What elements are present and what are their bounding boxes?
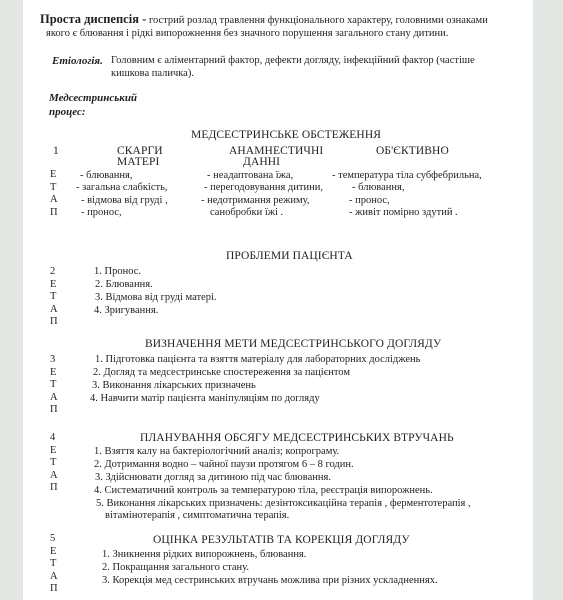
- objective-item: - живіт помірно здутий .: [349, 207, 458, 219]
- plan-item: 1. Взяття калу на бактеріологічний аналі…: [94, 446, 339, 458]
- anamnesis-item: - недотримання режиму,: [201, 195, 309, 207]
- problem-item: 4. Зригування.: [94, 305, 158, 317]
- problem-item: 2. Блювання.: [95, 279, 153, 291]
- plan-item: 4. Систематичний контроль за температуро…: [94, 485, 433, 497]
- anamnesis-item: - неадаптована їжа,: [207, 170, 293, 182]
- process-label: Медсестринський: [49, 92, 137, 104]
- stage-letters-4: 4ЕТАП: [50, 432, 60, 495]
- definition-line-1: гострий розлад травлення функціонального…: [149, 15, 488, 27]
- col-anamnesis-header-2: ДАННІ: [243, 156, 280, 168]
- plan-item: 2. Дотримання водно – чайної паузи протя…: [94, 459, 354, 471]
- etiology-label: Етіологія.: [52, 55, 103, 67]
- complaint-item: - відмова від груді ,: [81, 195, 168, 207]
- stage-letters-5: 5ЕТАП: [50, 533, 60, 596]
- col-objective-header: ОБ'ЄКТИВНО: [376, 145, 449, 157]
- problem-item: 3. Відмова від груді матері.: [95, 292, 217, 304]
- stage-letters-2: 2ЕТАП: [50, 266, 60, 329]
- plan-item: 5. Виконання лікарських призначень: дезі…: [96, 498, 471, 510]
- section-1-number: 1: [53, 145, 59, 157]
- process-label-2: процес:: [49, 106, 86, 118]
- definition-line-2: якого є блювання і рідкі випорожнення бе…: [46, 28, 448, 40]
- evaluation-item: 1. Зникнення рідких випорожнень, блюванн…: [102, 549, 306, 561]
- section-5-heading: ОЦІНКА РЕЗУЛЬТАТІВ ТА КОРЕКЦІЯ ДОГЛЯДУ: [153, 534, 410, 546]
- goal-item: 2. Догляд та медсестринське спостереженн…: [93, 367, 350, 379]
- stage-letters-1: ЕТАП: [50, 169, 60, 219]
- goal-item: 1. Підготовка пацієнта та взяття матеріа…: [95, 354, 420, 366]
- anamnesis-item: санобробки їжі .: [210, 207, 283, 219]
- section-3-heading: ВИЗНАЧЕННЯ МЕТИ МЕДСЕСТРИНСЬКОГО ДОГЛЯДУ: [145, 338, 441, 350]
- col-complaints-header-2: МАТЕРІ: [117, 156, 159, 168]
- anamnesis-item: - перегодовування дитини,: [204, 182, 323, 194]
- section-1-heading: МЕДСЕСТРИНСЬКЕ ОБСТЕЖЕННЯ: [191, 129, 381, 141]
- complaint-item: - загальна слабкість,: [76, 182, 168, 194]
- plan-item-continuation: вітамінотерапія , симптоматична терапія.: [105, 510, 289, 522]
- goal-item: 3. Виконання лікарських призначень: [92, 380, 256, 392]
- objective-item: - пронос,: [349, 195, 390, 207]
- complaint-item: - пронос,: [81, 207, 122, 219]
- plan-item: 3. Здійснювати догляд за дитиною під час…: [95, 472, 331, 484]
- objective-item: - блювання,: [352, 182, 404, 194]
- section-2-heading: ПРОБЛЕМИ ПАЦІЄНТА: [226, 250, 353, 262]
- goal-item: 4. Навчити матір пацієнта маніпуляціям п…: [90, 393, 320, 405]
- objective-item: - температура тіла субфебрильна,: [332, 170, 482, 182]
- etiology-line-1: Головним є аліментарний фактор, дефекти …: [111, 55, 475, 67]
- evaluation-item: 2. Покращання загального стану.: [102, 562, 249, 574]
- section-4-heading: ПЛАНУВАННЯ ОБСЯГУ МЕДСЕСТРИНСЬКИХ ВТРУЧА…: [140, 432, 454, 444]
- complaint-item: - блювання,: [80, 170, 132, 182]
- evaluation-item: 3. Корекція мед сестринських втручань мо…: [102, 575, 438, 587]
- etiology-line-2: кишкова паличка).: [111, 68, 194, 80]
- term-title: Проста диспепсія -: [40, 13, 146, 25]
- stage-letters-3: 3ЕТАП: [50, 354, 60, 417]
- problem-item: 1. Пронос.: [94, 266, 141, 278]
